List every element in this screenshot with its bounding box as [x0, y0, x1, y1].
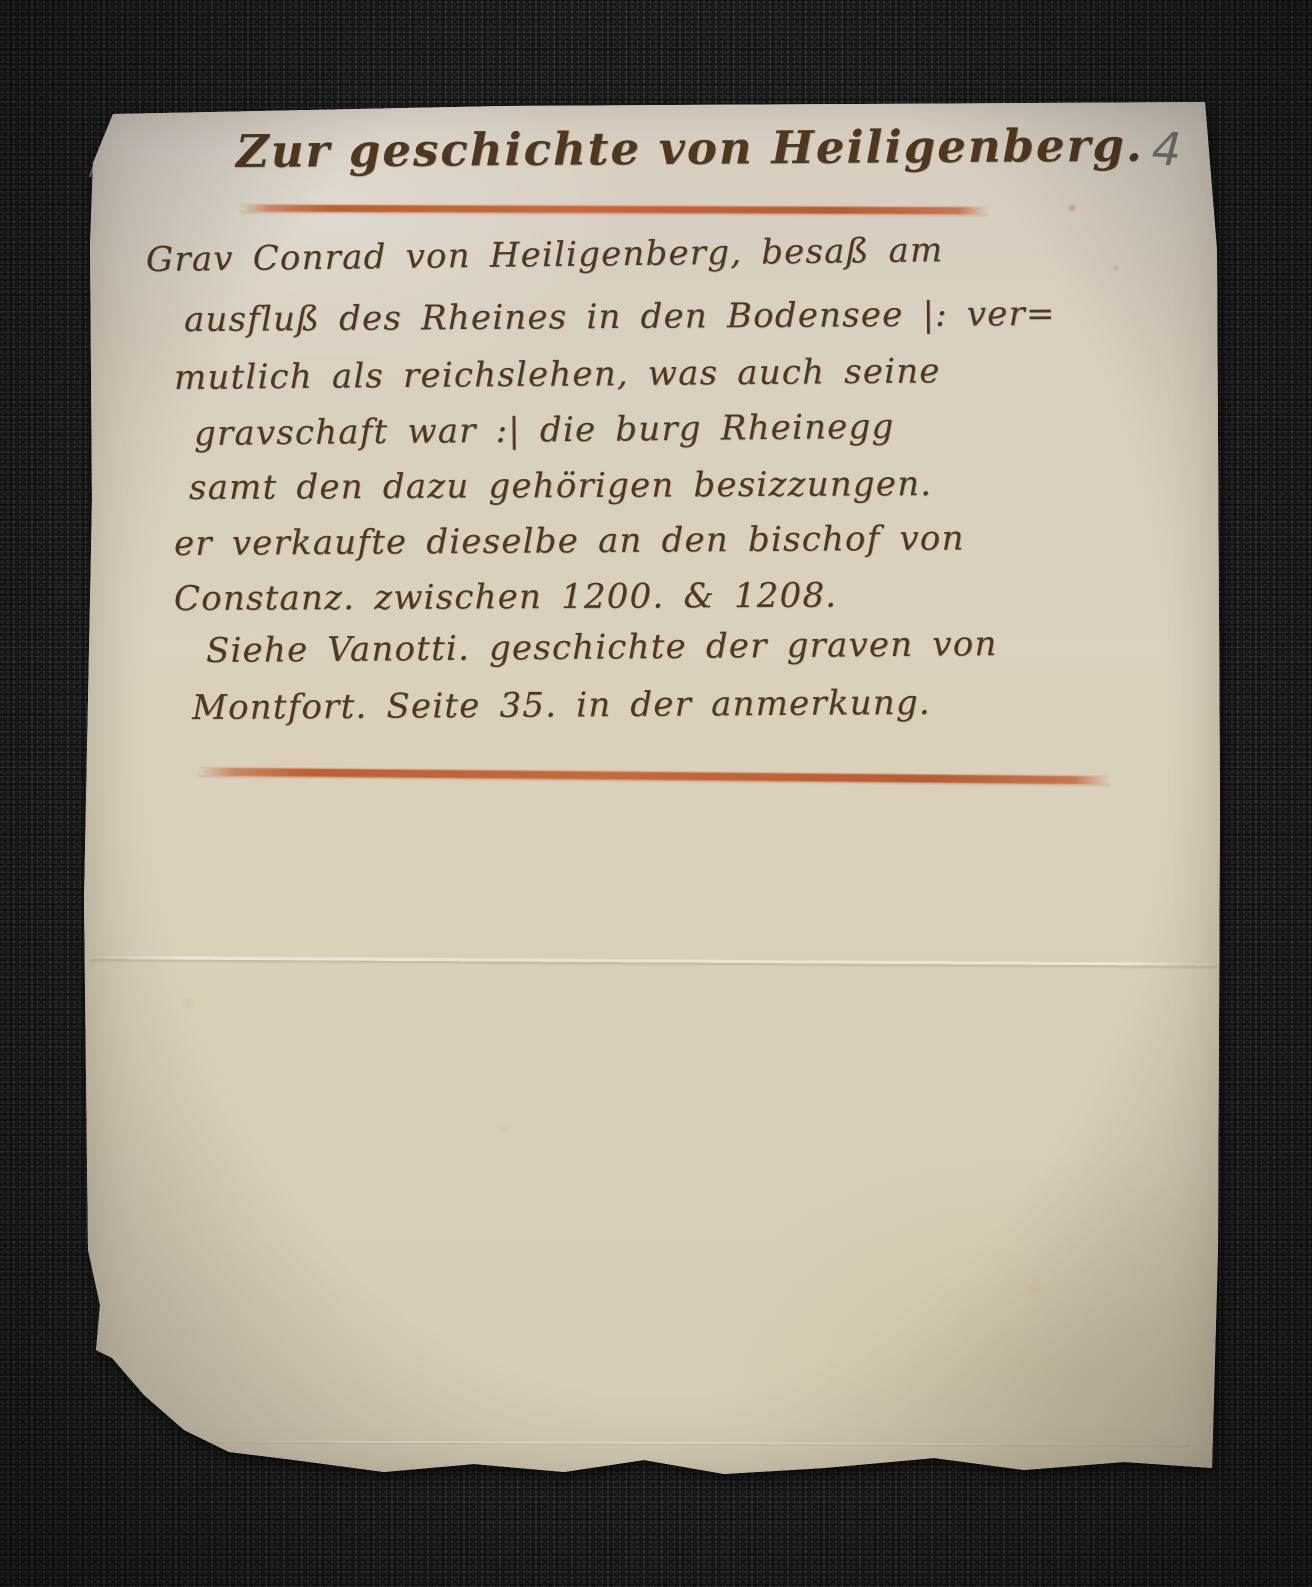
- manuscript-sheet-wrapper: 4 Zur geschichte von Heiligenberg. Grav …: [84, 100, 1222, 1478]
- manuscript-page: 4 Zur geschichte von Heiligenberg. Grav …: [84, 100, 1222, 1478]
- manuscript-line: Constanz. zwischen 1200. & 1208.: [174, 576, 837, 619]
- manuscript-line: er verkaufte dieselbe an den bischof von: [174, 518, 965, 564]
- photo-background: 4 Zur geschichte von Heiligenberg. Grav …: [0, 0, 1312, 1587]
- manuscript-line: samt den dazu gehörigen besizzungen.: [189, 464, 932, 508]
- manuscript-line: ausfluß des Rheines in den Bodensee |: v…: [184, 294, 1056, 340]
- manuscript-line: Montfort. Seite 35. in der anmerkung.: [192, 683, 931, 728]
- handwritten-text: Grav Conrad von Heiligenberg, besaß am a…: [84, 100, 1222, 1478]
- manuscript-line: gravschaft war :| die burg Rheinegg: [194, 407, 895, 454]
- manuscript-line: mutlich als reichslehen, was auch seine: [174, 351, 941, 398]
- manuscript-line: Siehe Vanotti. geschichte der graven von: [206, 624, 998, 671]
- manuscript-line: Grav Conrad von Heiligenberg, besaß am: [146, 230, 944, 280]
